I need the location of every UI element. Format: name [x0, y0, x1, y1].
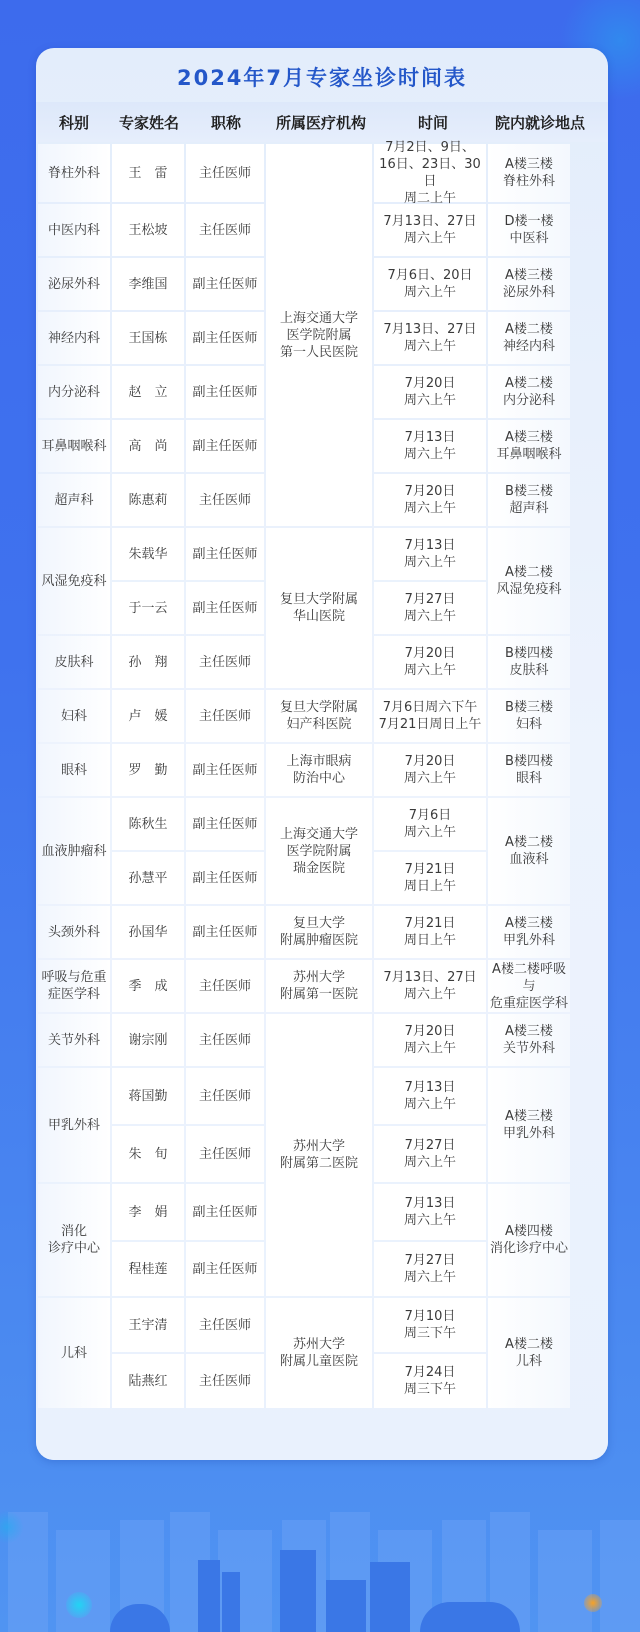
doctor-name-cell: 李维国 — [112, 258, 184, 310]
doctor-name-cell: 孙慧平 — [112, 852, 184, 904]
time-cell: 7月20日 周六上午 — [374, 366, 486, 418]
time-cell: 7月13日 周六上午 — [374, 1068, 486, 1124]
header-dept: 科别 — [36, 112, 112, 133]
title-rank-cell: 副主任医师 — [186, 906, 264, 958]
doctor-name-cell: 孙国华 — [112, 906, 184, 958]
title-rank-cell: 副主任医师 — [186, 420, 264, 472]
title-rank-cell: 主任医师 — [186, 474, 264, 526]
doctor-name-cell: 陆燕红 — [112, 1354, 184, 1408]
title-rank-cell: 主任医师 — [186, 1298, 264, 1352]
time-cell: 7月27日 周六上午 — [374, 582, 486, 634]
location-cell: A楼四楼 消化诊疗中心 — [488, 1184, 570, 1296]
time-cell: 7月2日、9日、 16日、23日、30日 周二上午 — [374, 144, 486, 202]
location-cell: B楼四楼 眼科 — [488, 744, 570, 796]
dept-cell: 超声科 — [38, 474, 110, 526]
dept-cell: 脊柱外科 — [38, 144, 110, 202]
location-cell: A楼二楼 神经内科 — [488, 312, 570, 364]
title-rank-cell: 副主任医师 — [186, 528, 264, 580]
header-name: 专家姓名 — [112, 112, 186, 133]
location-cell: A楼三楼 关节外科 — [488, 1014, 570, 1066]
location-cell: A楼三楼 脊柱外科 — [488, 144, 570, 202]
time-cell: 7月27日 周六上午 — [374, 1242, 486, 1296]
title-rank-cell: 主任医师 — [186, 1354, 264, 1408]
location-cell: B楼四楼 皮肤科 — [488, 636, 570, 688]
title-rank-cell: 主任医师 — [186, 960, 264, 1012]
header-time: 时间 — [376, 112, 490, 133]
title-rank-cell: 主任医师 — [186, 1068, 264, 1124]
dept-cell: 呼吸与危重 症医学科 — [38, 960, 110, 1012]
time-cell: 7月10日 周三下午 — [374, 1298, 486, 1352]
institution-cell: 复旦大学 附属肿瘤医院 — [266, 906, 372, 958]
header-location: 院内就诊地点 — [490, 112, 590, 133]
title-rank-cell: 副主任医师 — [186, 258, 264, 310]
city-skyline-illustration — [0, 1480, 640, 1632]
time-cell: 7月6日 周六上午 — [374, 798, 486, 850]
doctor-name-cell: 于一云 — [112, 582, 184, 634]
doctor-name-cell: 程桂莲 — [112, 1242, 184, 1296]
institution-cell: 苏州大学 附属第二医院 — [266, 1014, 372, 1296]
doctor-name-cell: 王国栋 — [112, 312, 184, 364]
location-cell: A楼二楼 儿科 — [488, 1298, 570, 1408]
title-rank-cell: 主任医师 — [186, 204, 264, 256]
doctor-name-cell: 赵 立 — [112, 366, 184, 418]
doctor-name-cell: 朱载华 — [112, 528, 184, 580]
doctor-name-cell: 陈秋生 — [112, 798, 184, 850]
header-institution: 所属医疗机构 — [266, 112, 376, 133]
dept-cell: 中医内科 — [38, 204, 110, 256]
doctor-name-cell: 高 尚 — [112, 420, 184, 472]
dept-cell: 头颈外科 — [38, 906, 110, 958]
location-cell: A楼二楼 内分泌科 — [488, 366, 570, 418]
bottom-fade — [36, 1420, 608, 1460]
time-cell: 7月20日 周六上午 — [374, 1014, 486, 1066]
location-cell: A楼三楼 泌尿外科 — [488, 258, 570, 310]
time-cell: 7月6日周六下午 7月21日周日上午 — [374, 690, 486, 742]
title-rank-cell: 副主任医师 — [186, 582, 264, 634]
dept-cell: 耳鼻咽喉科 — [38, 420, 110, 472]
title-rank-cell: 主任医师 — [186, 636, 264, 688]
doctor-name-cell: 王 雷 — [112, 144, 184, 202]
dept-cell: 儿科 — [38, 1298, 110, 1408]
dept-cell: 血液肿瘤科 — [38, 798, 110, 904]
title-rank-cell: 主任医师 — [186, 1014, 264, 1066]
dept-cell: 关节外科 — [38, 1014, 110, 1066]
dept-cell: 消化 诊疗中心 — [38, 1184, 110, 1296]
doctor-name-cell: 王松坡 — [112, 204, 184, 256]
doctor-name-cell: 王宇清 — [112, 1298, 184, 1352]
institution-cell: 复旦大学附属 妇产科医院 — [266, 690, 372, 742]
time-cell: 7月6日、20日 周六上午 — [374, 258, 486, 310]
location-cell: A楼三楼 耳鼻咽喉科 — [488, 420, 570, 472]
schedule-card: 2024年7月专家坐诊时间表 科别 专家姓名 职称 所属医疗机构 时间 院内就诊… — [36, 48, 608, 1460]
dept-cell: 甲乳外科 — [38, 1068, 110, 1182]
location-cell: D楼一楼 中医科 — [488, 204, 570, 256]
doctor-name-cell: 谢宗刚 — [112, 1014, 184, 1066]
location-cell: A楼三楼 甲乳外科 — [488, 906, 570, 958]
title-rank-cell: 副主任医师 — [186, 312, 264, 364]
doctor-name-cell: 朱 旬 — [112, 1126, 184, 1182]
institution-cell: 苏州大学 附属儿童医院 — [266, 1298, 372, 1408]
title-rank-cell: 副主任医师 — [186, 1184, 264, 1240]
dept-cell: 皮肤科 — [38, 636, 110, 688]
title-rank-cell: 副主任医师 — [186, 798, 264, 850]
title-rank-cell: 主任医师 — [186, 144, 264, 202]
doctor-name-cell: 罗 勤 — [112, 744, 184, 796]
time-cell: 7月20日 周六上午 — [374, 636, 486, 688]
institution-cell: 复旦大学附属 华山医院 — [266, 528, 372, 688]
time-cell: 7月20日 周六上午 — [374, 744, 486, 796]
institution-cell: 苏州大学 附属第一医院 — [266, 960, 372, 1012]
location-cell: A楼二楼呼吸与 危重症医学科 — [488, 960, 570, 1012]
location-cell: A楼三楼 甲乳外科 — [488, 1068, 570, 1182]
dept-cell: 妇科 — [38, 690, 110, 742]
doctor-name-cell: 陈惠莉 — [112, 474, 184, 526]
page-title: 2024年7月专家坐诊时间表 — [36, 62, 608, 92]
decorative-orange-dot — [584, 1594, 602, 1612]
location-cell: B楼三楼 妇科 — [488, 690, 570, 742]
title-rank-cell: 主任医师 — [186, 690, 264, 742]
dept-cell: 内分泌科 — [38, 366, 110, 418]
title-rank-cell: 主任医师 — [186, 1126, 264, 1182]
title-rank-cell: 副主任医师 — [186, 744, 264, 796]
time-cell: 7月13日 周六上午 — [374, 420, 486, 472]
time-cell: 7月27日 周六上午 — [374, 1126, 486, 1182]
table-header: 科别 专家姓名 职称 所属医疗机构 时间 院内就诊地点 — [36, 102, 608, 142]
time-cell: 7月13日 周六上午 — [374, 528, 486, 580]
decorative-cyan-dot — [66, 1592, 92, 1618]
time-cell: 7月13日、27日 周六上午 — [374, 204, 486, 256]
header-rank: 职称 — [186, 112, 266, 133]
location-cell: A楼二楼 风湿免疫科 — [488, 528, 570, 634]
title-rank-cell: 副主任医师 — [186, 366, 264, 418]
institution-cell: 上海市眼病 防治中心 — [266, 744, 372, 796]
dept-cell: 风湿免疫科 — [38, 528, 110, 634]
title-rank-cell: 副主任医师 — [186, 1242, 264, 1296]
dept-cell: 神经内科 — [38, 312, 110, 364]
dept-cell: 泌尿外科 — [38, 258, 110, 310]
institution-cell: 上海交通大学 医学院附属 第一人民医院 — [266, 144, 372, 526]
time-cell: 7月13日 周六上午 — [374, 1184, 486, 1240]
time-cell: 7月20日 周六上午 — [374, 474, 486, 526]
doctor-name-cell: 季 成 — [112, 960, 184, 1012]
location-cell: A楼二楼 血液科 — [488, 798, 570, 904]
institution-cell: 上海交通大学 医学院附属 瑞金医院 — [266, 798, 372, 904]
time-cell: 7月24日 周三下午 — [374, 1354, 486, 1408]
title-rank-cell: 副主任医师 — [186, 852, 264, 904]
doctor-name-cell: 孙 翔 — [112, 636, 184, 688]
location-cell: B楼三楼 超声科 — [488, 474, 570, 526]
doctor-name-cell: 卢 媛 — [112, 690, 184, 742]
time-cell: 7月21日 周日上午 — [374, 906, 486, 958]
doctor-name-cell: 李 娟 — [112, 1184, 184, 1240]
dept-cell: 眼科 — [38, 744, 110, 796]
time-cell: 7月13日、27日 周六上午 — [374, 960, 486, 1012]
time-cell: 7月13日、27日 周六上午 — [374, 312, 486, 364]
doctor-name-cell: 蒋国勤 — [112, 1068, 184, 1124]
time-cell: 7月21日 周日上午 — [374, 852, 486, 904]
